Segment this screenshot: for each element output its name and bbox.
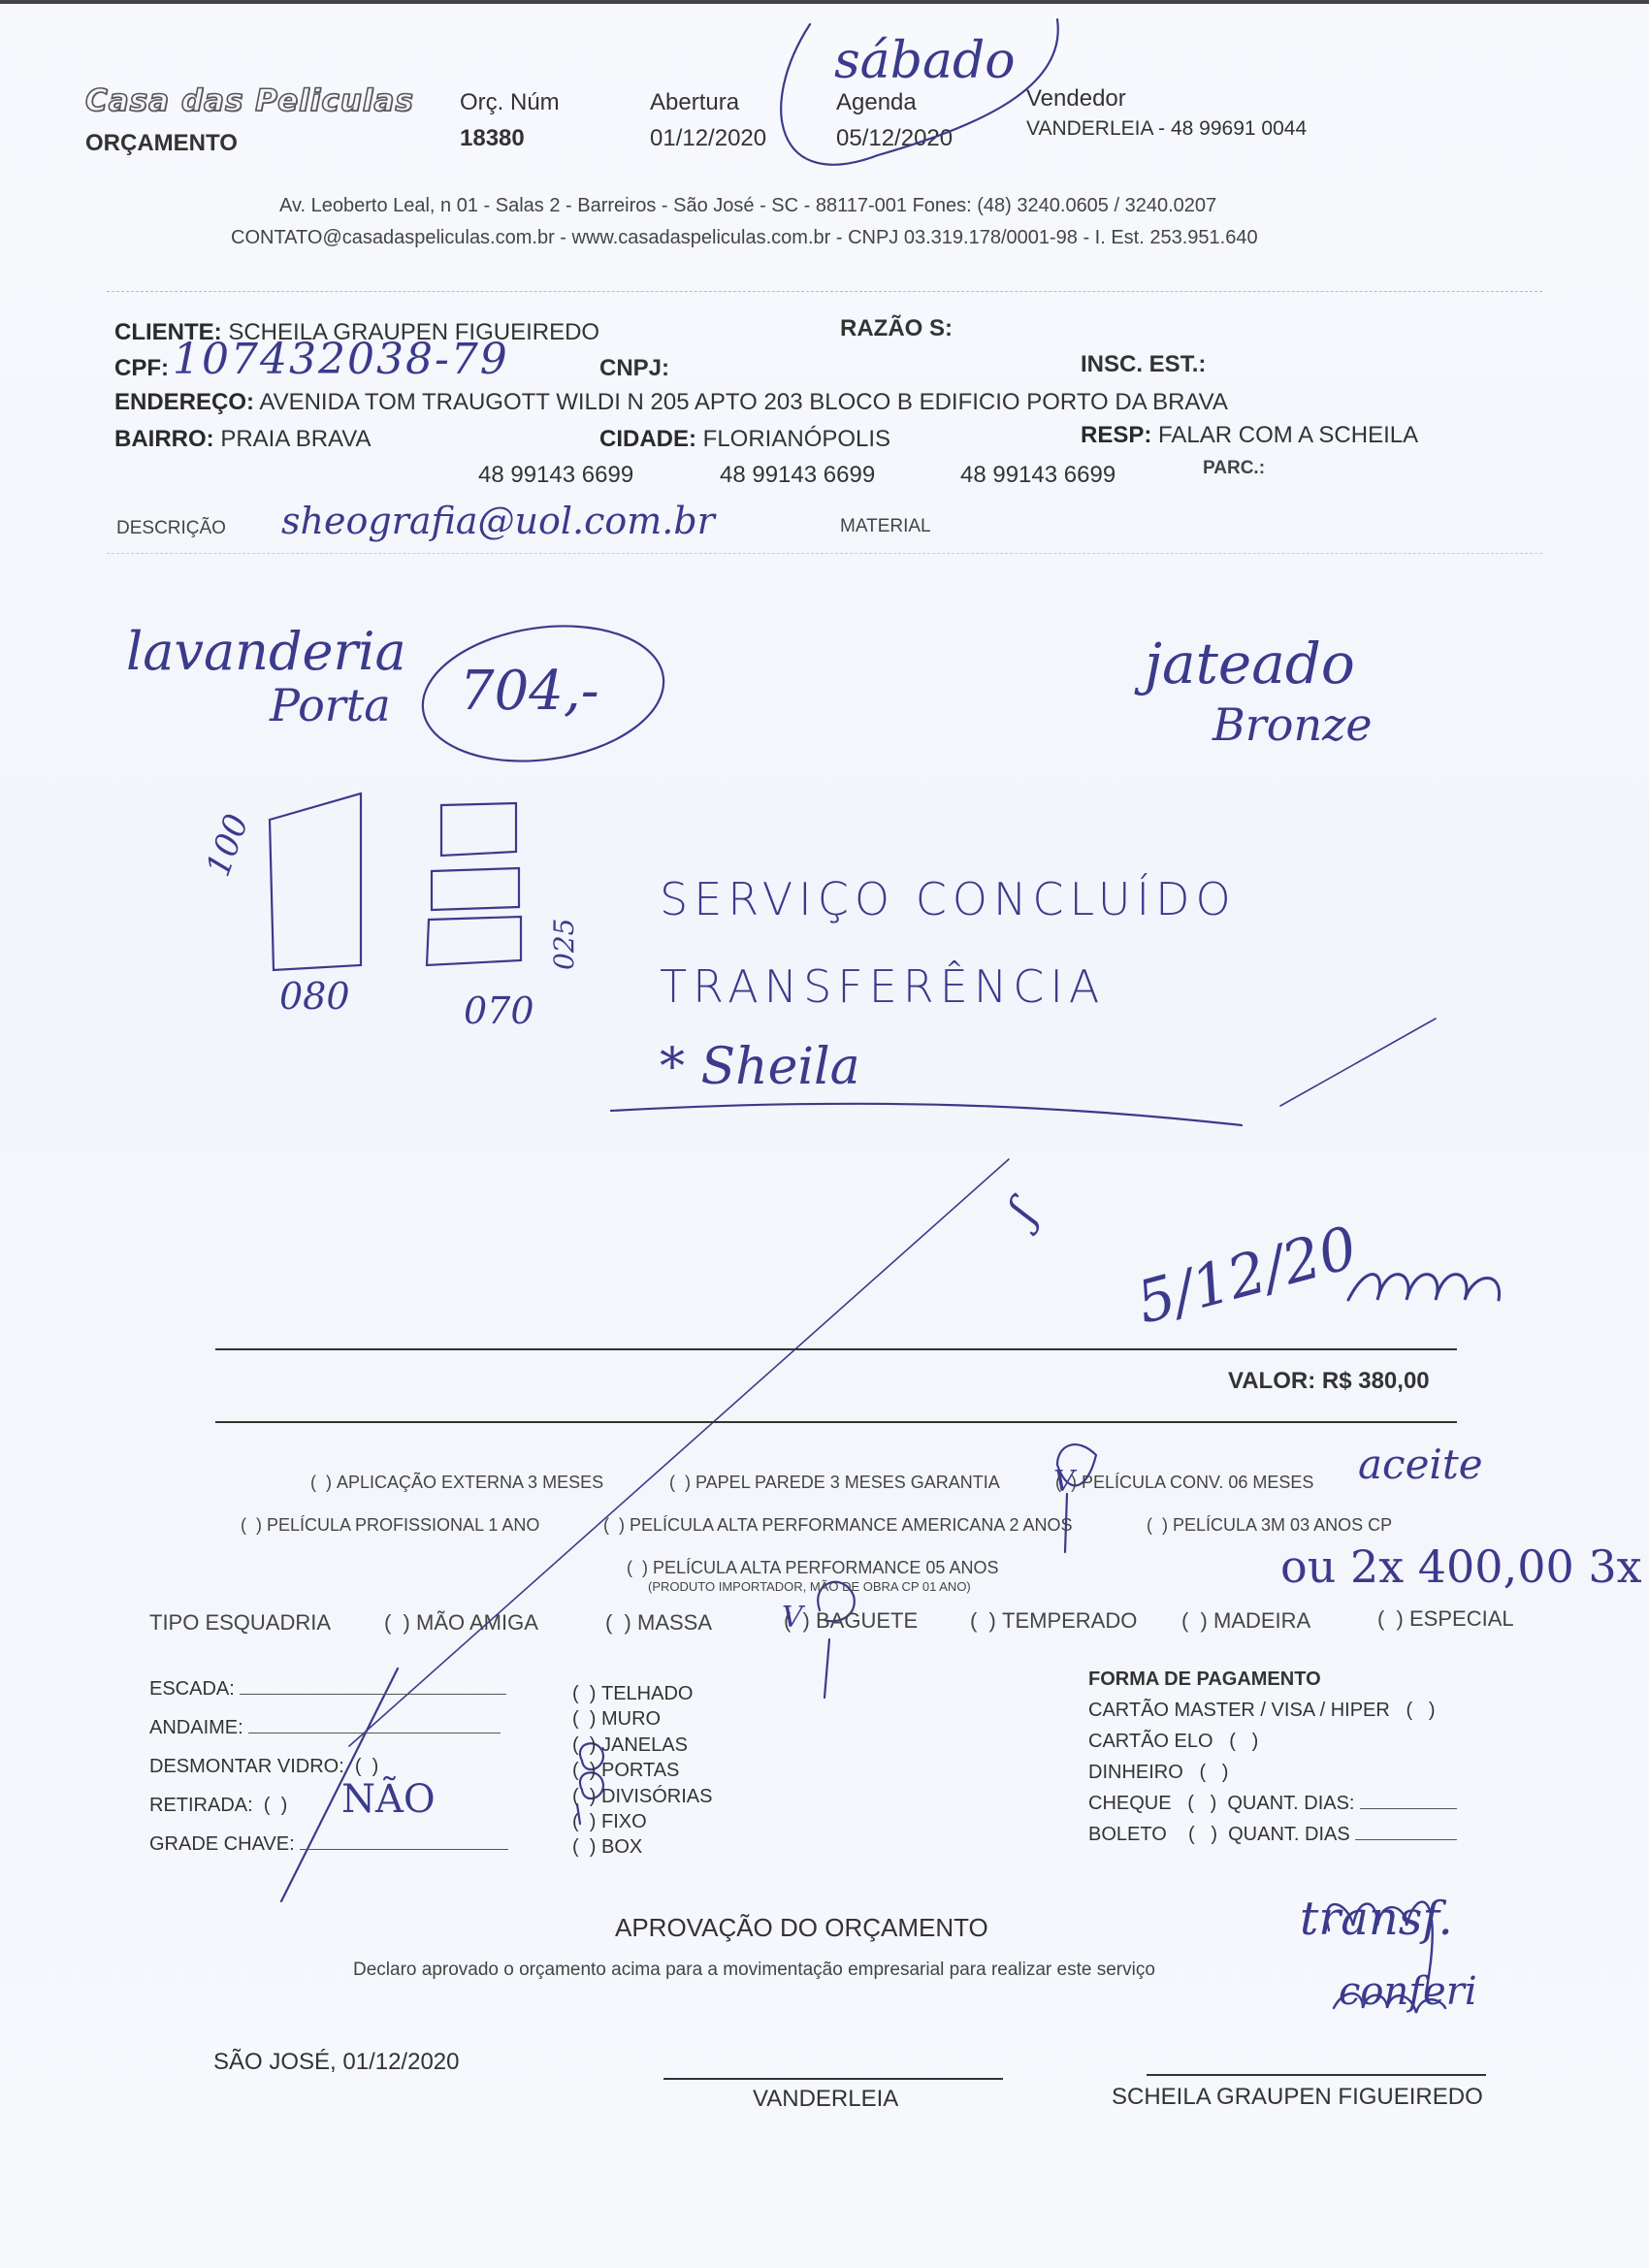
abertura-value: 01/12/2020 xyxy=(650,125,766,152)
agenda-label: Agenda xyxy=(836,89,917,116)
material-label: MATERIAL xyxy=(840,516,931,537)
andaime-field[interactable]: ANDAIME: xyxy=(149,1717,501,1739)
cpf-label: CPF: xyxy=(114,355,169,381)
payment-title: FORMA DE PAGAMENTO xyxy=(1088,1669,1321,1691)
parc-label: PARC.: xyxy=(1203,458,1265,479)
esquadria-baguete[interactable]: ( ) BAGUETEV xyxy=(784,1608,918,1634)
vendedor-value: VANDERLEIA - 48 99691 0044 xyxy=(1026,117,1307,141)
note-installments: ou 2x 400,00 3x xyxy=(1280,1540,1642,1593)
resp-value: FALAR COM A SCHEILA xyxy=(1158,422,1418,448)
bairro-row: BAIRRO: PRAIA BRAVA xyxy=(114,426,372,453)
descricao-label: DESCRIÇÃO xyxy=(116,518,226,539)
cnpj-label: CNPJ: xyxy=(599,355,669,382)
orc-num-value: 18380 xyxy=(460,125,525,152)
note-porta: Porta xyxy=(270,679,391,731)
svg-text:sábado: sábado xyxy=(834,32,1016,90)
dim-side: 025 xyxy=(548,919,580,970)
endereco-row: ENDEREÇO: AVENIDA TOM TRAUGOTT WILDI N 2… xyxy=(114,389,1228,416)
payment-card[interactable]: CARTÃO MASTER / VISA / HIPER ( ) xyxy=(1088,1700,1435,1722)
note-nao: NÃO xyxy=(341,1777,436,1822)
note-transferencia: TRANSFERÊNCIA xyxy=(660,960,1105,1013)
option-pelicula-profissional[interactable]: ( ) PELÍCULA PROFISSIONAL 1 ANO xyxy=(241,1515,539,1536)
cpf-handwritten: 107432038-79 xyxy=(173,335,509,384)
approval-declaration: Declaro aprovado o orçamento acima para … xyxy=(353,1960,1155,1981)
locations-list: ( ) TELHADO ( ) MURO ( ) JANELAS ( ) POR… xyxy=(572,1681,712,1861)
esquadria-massa[interactable]: ( ) MASSA xyxy=(605,1610,712,1636)
orc-num-label: Orç. Núm xyxy=(460,89,560,116)
total-line-bottom xyxy=(215,1421,1457,1423)
option-aplicacao-externa[interactable]: ( ) APLICAÇÃO EXTERNA 3 MESES xyxy=(310,1473,603,1493)
bairro-value: PRAIA BRAVA xyxy=(220,426,371,452)
client-signature-line[interactable] xyxy=(1147,2074,1486,2076)
company-contact: CONTATO@casadaspeliculas.com.br - www.ca… xyxy=(231,227,1258,249)
total-line-top xyxy=(215,1348,1457,1350)
esquadria-madeira[interactable]: ( ) MADEIRA xyxy=(1181,1608,1310,1634)
phone-1: 48 99143 6699 xyxy=(478,462,633,489)
grade-chave-field[interactable]: GRADE CHAVE: xyxy=(149,1833,508,1856)
doc-type-title: ORÇAMENTO xyxy=(85,130,238,157)
razao-label: RAZÃO S: xyxy=(840,315,953,342)
scan-edge xyxy=(0,0,1649,4)
note-lavanderia: lavanderia xyxy=(126,621,406,682)
header-divider xyxy=(107,291,1542,292)
location-janelas[interactable]: ( ) JANELAS xyxy=(572,1733,712,1758)
descricao-handwritten: sheografia@uol.com.br xyxy=(281,500,715,542)
bairro-label: BAIRRO: xyxy=(114,426,214,452)
esquadria-temperado[interactable]: ( ) TEMPERADO xyxy=(970,1608,1137,1634)
check-mark-icon: V xyxy=(1053,1465,1075,1499)
valor-row: VALOR: R$ 380,00 xyxy=(1228,1368,1430,1395)
endereco-value: AVENIDA TOM TRAUGOTT WILDI N 205 APTO 20… xyxy=(259,389,1228,415)
payment-elo[interactable]: CARTÃO ELO ( ) xyxy=(1088,1731,1258,1753)
cidade-label: CIDADE: xyxy=(599,426,696,452)
payment-cheque[interactable]: CHEQUE ( ) QUANT. DIAS: xyxy=(1088,1793,1457,1815)
note-signature: ʃ xyxy=(999,1193,1047,1231)
note-date: 5/12/20 xyxy=(1130,1214,1365,1337)
payment-boleto[interactable]: BOLETO ( ) QUANT. DIAS xyxy=(1088,1824,1457,1846)
option-alta-performance-americana[interactable]: ( ) PELÍCULA ALTA PERFORMANCE AMERICANA … xyxy=(603,1515,1072,1536)
note-bronze: Bronze xyxy=(1212,698,1373,751)
resp-row: RESP: FALAR COM A SCHEILA xyxy=(1081,422,1418,449)
note-circled-value: 704,- xyxy=(460,660,599,723)
cpf-row: CPF: xyxy=(114,355,169,382)
payment-cash[interactable]: DINHEIRO ( ) xyxy=(1088,1762,1228,1784)
location-muro[interactable]: ( ) MURO xyxy=(572,1706,712,1732)
description-divider xyxy=(107,553,1542,554)
retirada-field[interactable]: RETIRADA: ( ) xyxy=(149,1795,287,1817)
company-address: Av. Leoberto Leal, n 01 - Salas 2 - Barr… xyxy=(279,195,1216,217)
esquadria-especial[interactable]: ( ) ESPECIAL xyxy=(1377,1606,1514,1632)
note-transf: transf. xyxy=(1300,1892,1453,1946)
dim-width-1: 080 xyxy=(279,975,350,1018)
valor-amount: 380,00 xyxy=(1358,1368,1429,1394)
option-pelicula-conv[interactable]: ( ) PELÍCULA CONV. 06 MESESV xyxy=(1055,1473,1313,1493)
seller-name: VANDERLEIA xyxy=(753,2086,898,2113)
quote-document: Casa das Peliculas ORÇAMENTO Orç. Núm 18… xyxy=(0,0,1649,2268)
note-sheila: * Sheila xyxy=(660,1038,860,1096)
agenda-value: 05/12/2020 xyxy=(836,125,953,152)
client-name: SCHEILA GRAUPEN FIGUEIREDO xyxy=(1112,2084,1483,2111)
valor-label: VALOR: R$ xyxy=(1228,1368,1352,1394)
phone-2: 48 99143 6699 xyxy=(720,462,875,489)
location-portas[interactable]: ( ) PORTAS xyxy=(572,1758,712,1783)
note-aceite: aceite xyxy=(1358,1441,1483,1488)
option-alta-performance-05[interactable]: ( ) PELÍCULA ALTA PERFORMANCE 05 ANOS xyxy=(627,1558,998,1578)
check-mark-icon: V xyxy=(782,1601,803,1635)
note-servico-concluido: SERVIÇO CONCLUÍDO xyxy=(660,873,1237,925)
esquadria-label: TIPO ESQUADRIA xyxy=(149,1610,331,1636)
seller-signature-line[interactable] xyxy=(663,2078,1003,2080)
location-telhado[interactable]: ( ) TELHADO xyxy=(572,1681,712,1706)
approval-title: APROVAÇÃO DO ORÇAMENTO xyxy=(615,1913,988,1943)
phone-3: 48 99143 6699 xyxy=(960,462,1115,489)
location-box[interactable]: ( ) BOX xyxy=(572,1834,712,1860)
esquadria-mao-amiga[interactable]: ( ) MÃO AMIGA xyxy=(384,1610,538,1636)
vendedor-label: Vendedor xyxy=(1026,85,1126,113)
brand-logo: Casa das Peliculas xyxy=(85,83,414,118)
option-papel-parede[interactable]: ( ) PAPEL PAREDE 3 MESES GARANTIA xyxy=(669,1473,1000,1493)
insc-est-label: INSC. EST.: xyxy=(1081,351,1206,378)
location-fixo[interactable]: ( ) FIXO xyxy=(572,1809,712,1834)
dim-width-2: 070 xyxy=(464,989,534,1032)
dim-height: 100 xyxy=(199,809,257,882)
cidade-row: CIDADE: FLORIANÓPOLIS xyxy=(599,426,890,453)
option-alta-performance-note: (PRODUTO IMPORTADOR, MÃO DE OBRA CP 01 A… xyxy=(648,1579,971,1594)
resp-label: RESP: xyxy=(1081,422,1151,448)
option-pelicula-3m[interactable]: ( ) PELÍCULA 3M 03 ANOS CP xyxy=(1147,1515,1392,1536)
cidade-value: FLORIANÓPOLIS xyxy=(703,426,890,452)
note-conferi: conferi xyxy=(1339,1969,1477,2014)
place-date: SÃO JOSÉ, 01/12/2020 xyxy=(213,2049,460,2076)
abertura-label: Abertura xyxy=(650,89,739,116)
endereco-label: ENDEREÇO: xyxy=(114,389,254,415)
note-jateado: jateado xyxy=(1145,631,1355,697)
location-divisorias[interactable]: ( ) DIVISÓRIAS xyxy=(572,1784,712,1809)
desmontar-vidro-field[interactable]: DESMONTAR VIDRO: ( ) xyxy=(149,1756,378,1778)
escada-field[interactable]: ESCADA: xyxy=(149,1678,506,1701)
